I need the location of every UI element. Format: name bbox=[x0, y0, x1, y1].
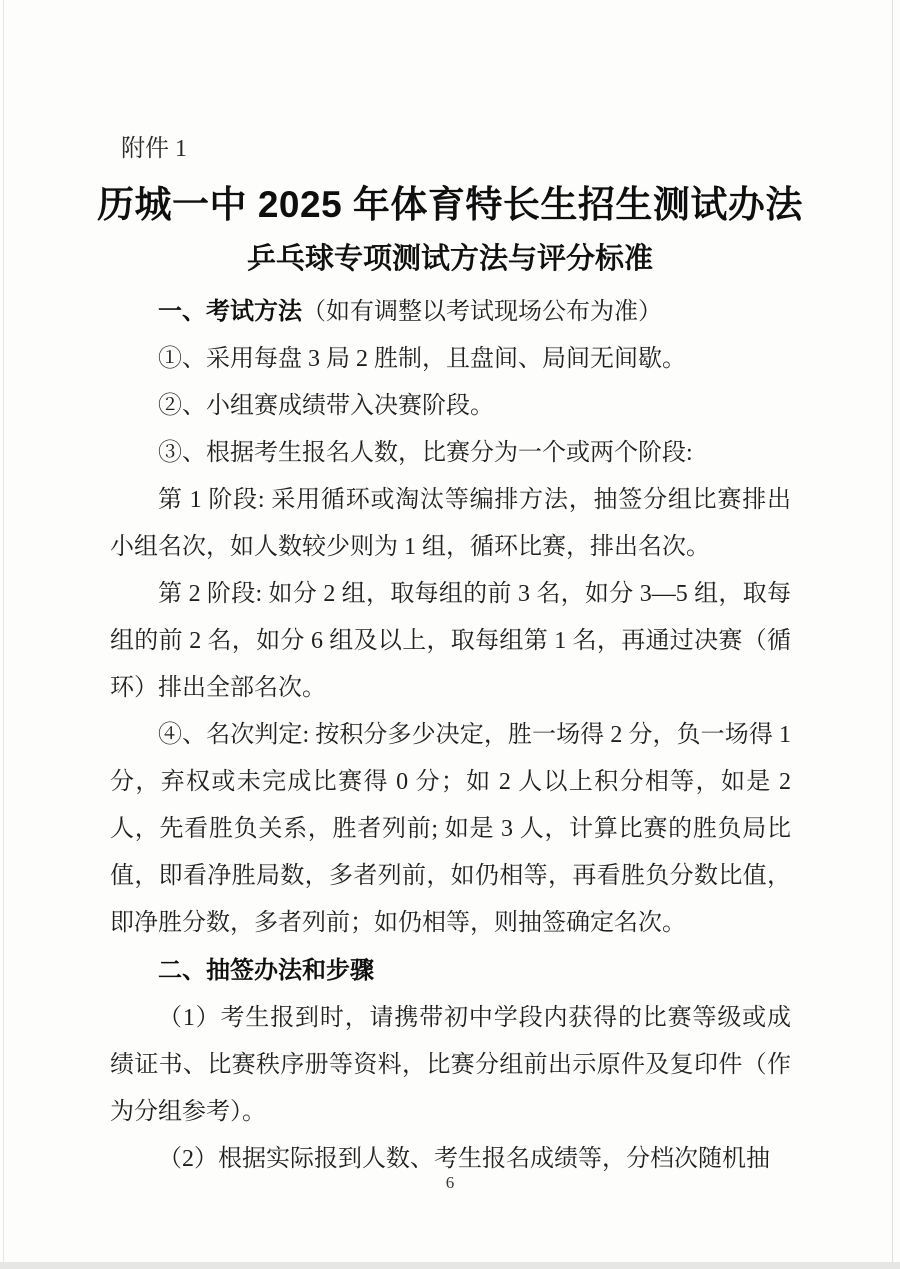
paragraph-text: ③、根据考生报名人数，比赛分为一个或两个阶段: bbox=[158, 440, 693, 466]
paragraph: ④、名次判定: 按积分多少决定，胜一场得 2 分，负一场得 1 分，弃权或未完成… bbox=[110, 712, 791, 947]
paragraph: 一、考试方法（如有调整以考试现场公布为准） bbox=[110, 288, 791, 336]
paragraph: ②、小组赛成绩带入决赛阶段。 bbox=[110, 383, 791, 430]
paragraph: （1）考生报到时，请携带初中学段内获得的比赛等级或成绩证书、比赛秩序册等资料，比… bbox=[110, 995, 791, 1136]
paragraph-text: ②、小组赛成绩带入决赛阶段。 bbox=[158, 393, 494, 419]
paragraph: ①、采用每盘 3 局 2 胜制，且盘间、局间无间歇。 bbox=[110, 336, 791, 383]
paragraph-text: ①、采用每盘 3 局 2 胜制，且盘间、局间无间歇。 bbox=[158, 346, 686, 372]
scanned-document-page: 附件 1 历城一中 2025 年体育特长生招生测试办法 乒乓球专项测试方法与评分… bbox=[0, 0, 900, 1269]
document-body: 一、考试方法（如有调整以考试现场公布为准）①、采用每盘 3 局 2 胜制，且盘间… bbox=[110, 288, 791, 1183]
document-subtitle: 乒乓球专项测试方法与评分标准 bbox=[0, 241, 900, 277]
paragraph: 第 1 阶段: 采用循环或淘汰等编排方法，抽签分组比赛排出小组名次，如人数较少则… bbox=[110, 477, 791, 571]
page-number: 6 bbox=[0, 1172, 900, 1194]
paragraph: 第 2 阶段: 如分 2 组，取每组的前 3 名，如分 3—5 组，取每组的前 … bbox=[110, 571, 791, 712]
paragraph-text: ④、名次判定: 按积分多少决定，胜一场得 2 分，负一场得 1 分，弃权或未完成… bbox=[110, 722, 791, 936]
paragraph: 二、抽签办法和步骤 bbox=[110, 947, 791, 995]
attachment-label: 附件 1 bbox=[121, 134, 187, 164]
document-title: 历城一中 2025 年体育特长生招生测试办法 bbox=[0, 183, 900, 227]
paragraph-heading-text: 二、抽签办法和步骤 bbox=[158, 957, 374, 984]
paragraph-text: 第 2 阶段: 如分 2 组，取每组的前 3 名，如分 3—5 组，取每组的前 … bbox=[110, 581, 791, 701]
paragraph-text: 第 1 阶段: 采用循环或淘汰等编排方法，抽签分组比赛排出小组名次，如人数较少则… bbox=[110, 487, 791, 560]
paragraph: ③、根据考生报名人数，比赛分为一个或两个阶段: bbox=[110, 430, 791, 477]
scan-bottom-shadow-band bbox=[0, 1262, 900, 1269]
paragraph-text: （1）考生报到时，请携带初中学段内获得的比赛等级或成绩证书、比赛秩序册等资料，比… bbox=[110, 1005, 791, 1125]
paragraph-text: （如有调整以考试现场公布为准） bbox=[302, 299, 662, 325]
paragraph-text: （2）根据实际报到人数、考生报名成绩等，分档次随机抽 bbox=[158, 1146, 770, 1172]
paragraph-heading-text: 一、考试方法 bbox=[158, 298, 302, 325]
